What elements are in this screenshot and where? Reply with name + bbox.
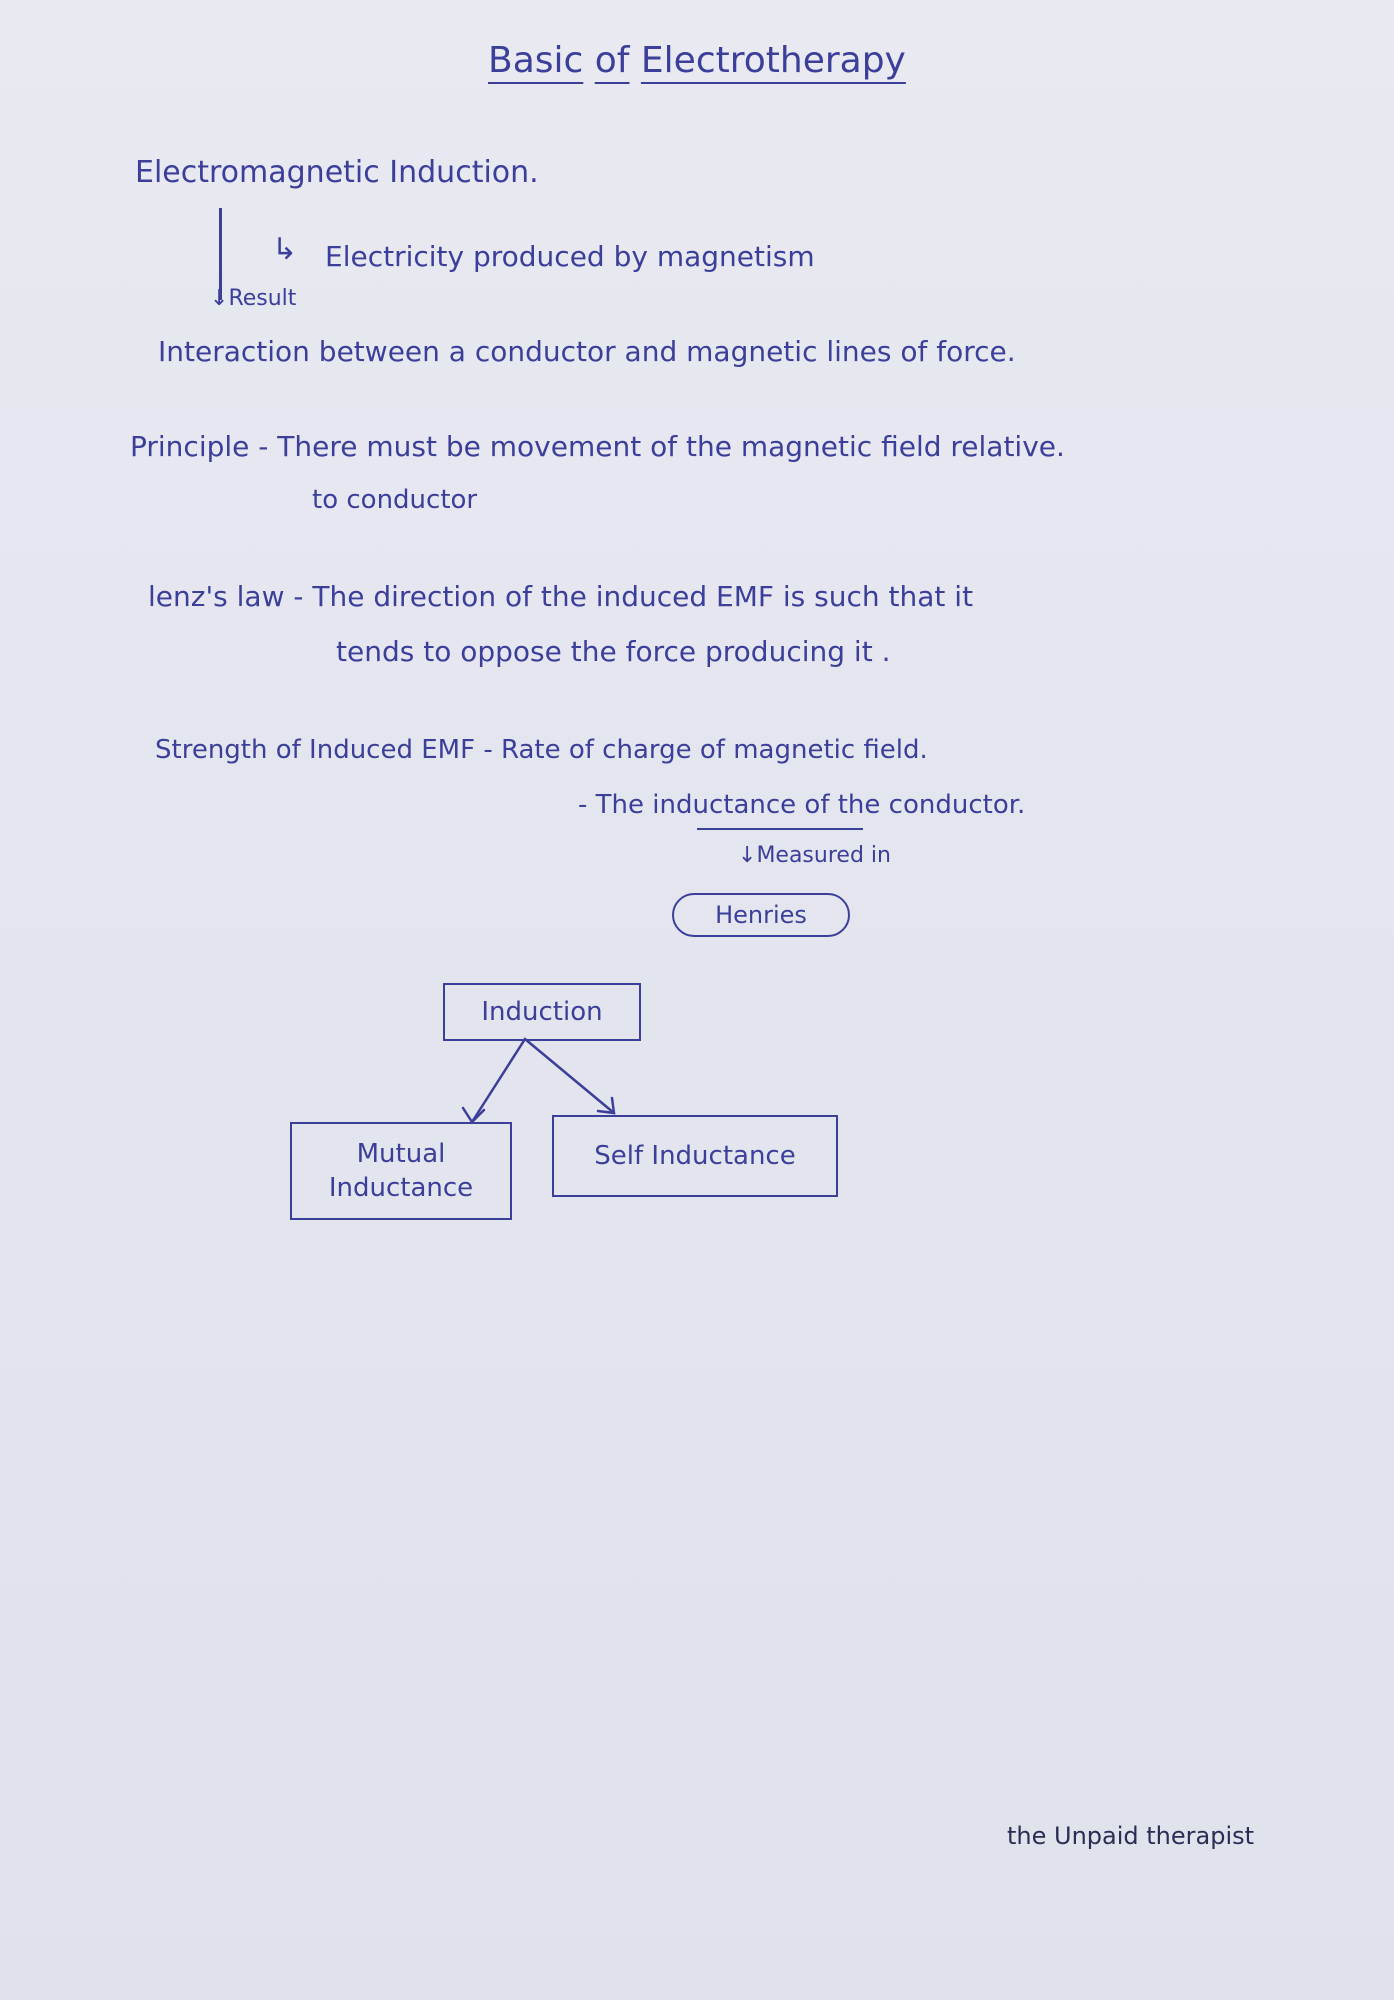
arrow-to-self	[525, 1039, 614, 1113]
diagram-arrows	[0, 0, 1394, 2000]
signature: the Unpaid therapist	[1007, 1822, 1254, 1850]
arrow-to-mutual	[472, 1039, 525, 1122]
